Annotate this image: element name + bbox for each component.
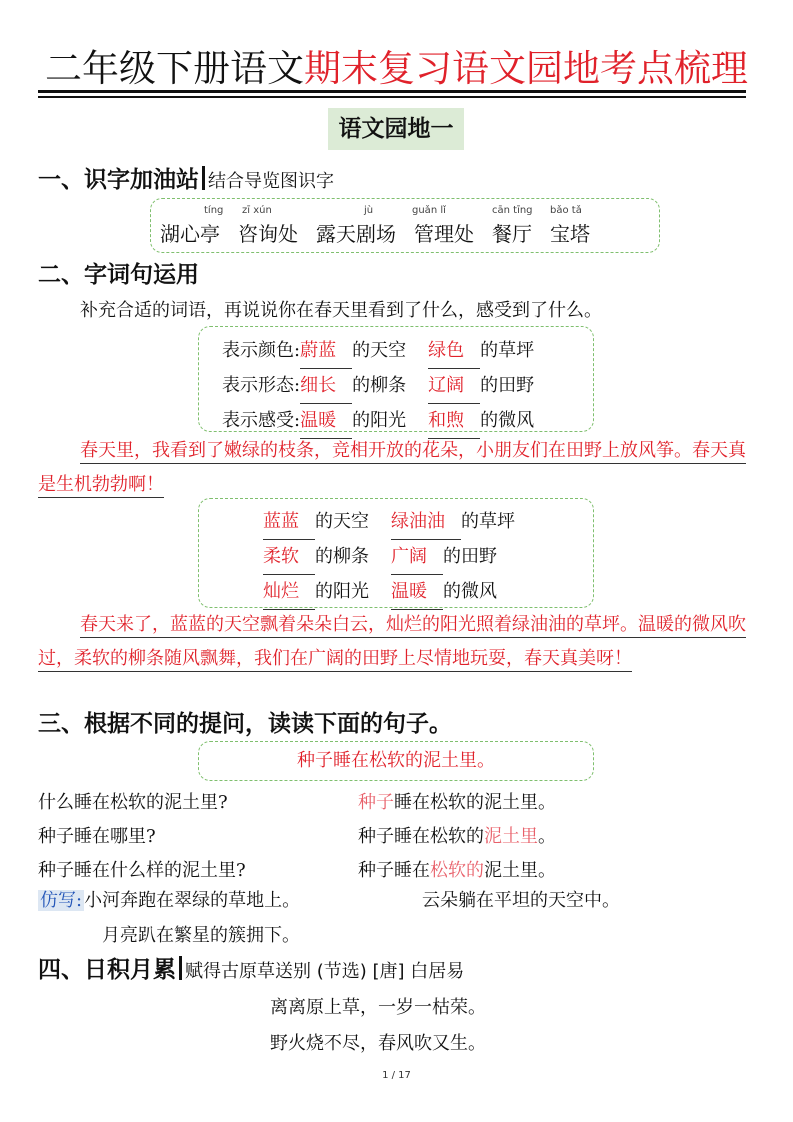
row-label: 表示颜色: — [222, 340, 300, 361]
word-text: 宝塔 — [550, 222, 590, 246]
word-text: 咨询处 — [238, 222, 298, 246]
paragraph2-text: 春天来了，蓝蓝的天空飘着朵朵白云，灿烂的阳光照着绿油油的草坪。温暖的微风吹过，柔… — [38, 614, 746, 672]
pinyin: zī xún — [242, 205, 272, 216]
section4-note: 赋得古原草送别 (节选) [唐] 白居易 — [185, 961, 464, 982]
answer-post: 。 — [538, 826, 556, 847]
fill-answer: 温暖 — [391, 575, 443, 610]
fangxie-line1: 仿写:小河奔跑在翠绿的草地上。 — [38, 888, 300, 914]
title-red-part: 期末复习语文园地考点梳理 — [304, 47, 748, 90]
answer-highlight: 松软的 — [430, 860, 484, 881]
document-title: 二年级下册语文期末复习语文园地考点梳理 — [40, 44, 753, 94]
noun-phrase: 的田野 — [443, 546, 497, 567]
section2-heading: 二、字词句运用 — [38, 259, 199, 291]
answer-pre: 种子睡在 — [358, 860, 430, 881]
box2-row: 灿烂的阳光温暖的微风 — [263, 575, 515, 610]
noun-phrase: 的阳光 — [352, 410, 406, 431]
poem: 离离原上草，一岁一枯荣。 野火烧不尽，春风吹又生。 — [270, 990, 486, 1062]
row-label: 表示感受: — [222, 410, 300, 431]
word-item: bǎo tǎ宝塔 — [550, 218, 590, 247]
word-text: 餐厅 — [492, 222, 532, 246]
noun-phrase: 的阳光 — [315, 581, 369, 602]
section2-instruction: 补充合适的词语，再说说你在春天里看到了什么，感受到了什么。 — [80, 298, 602, 324]
noun-phrase: 的田野 — [480, 375, 534, 396]
fill-answer: 柔软 — [263, 540, 315, 575]
row-label: 表示形态: — [222, 375, 300, 396]
section3-sentence: 种子睡在松软的泥土里。 — [198, 748, 594, 774]
fill-answer: 绿色 — [428, 334, 480, 369]
section4-title: 四、日积月累 — [38, 957, 176, 983]
pinyin: tíng — [204, 205, 223, 216]
fangxie-sentence-3: 月亮趴在繁星的簇拥下。 — [102, 923, 300, 949]
fill-answer: 细长 — [300, 369, 352, 404]
noun-phrase: 的天空 — [352, 340, 406, 361]
box2-row: 蓝蓝的天空绿油油的草坪 — [263, 505, 515, 540]
question: 种子睡在哪里? — [38, 820, 246, 854]
noun-phrase: 的天空 — [315, 511, 369, 532]
noun-phrase: 的柳条 — [352, 375, 406, 396]
answer: 种子睡在松软的泥土里。 — [358, 786, 556, 820]
noun-phrase: 的草坪 — [461, 511, 515, 532]
poem-line: 野火烧不尽，春风吹又生。 — [270, 1026, 486, 1062]
section1-word-list: tíng湖心亭zī xún咨询处jù露天剧场guǎn lǐ管理处cān tīng… — [160, 218, 608, 247]
fangxie-sentence: 小河奔跑在翠绿的草地上。 — [84, 890, 300, 911]
pinyin: bǎo tǎ — [550, 205, 582, 216]
word-item: jù露天剧场 — [316, 218, 396, 247]
section2-paragraph1: 春天里，我看到了嫩绿的枝条，竞相开放的花朵，小朋友们在田野上放风筝。春天真是生机… — [38, 434, 756, 502]
pinyin: jù — [364, 205, 373, 216]
section2-paragraph2: 春天来了，蓝蓝的天空飘着朵朵白云，灿烂的阳光照着绿油油的草坪。温暖的微风吹过，柔… — [38, 608, 756, 676]
section1-heading: 一、识字加油站结合导览图识字 — [38, 164, 334, 198]
noun-phrase: 的草坪 — [480, 340, 534, 361]
section1-title: 一、识字加油站 — [38, 167, 199, 193]
answer-pre: 种子睡在松软的 — [358, 826, 484, 847]
word-text: 管理处 — [414, 222, 474, 246]
section2-box1-rows: 表示颜色:蔚蓝的天空绿色的草坪 表示形态:细长的柳条辽阔的田野 表示感受:温暖的… — [222, 334, 534, 439]
heading-divider-bar — [179, 956, 182, 980]
word-text: 湖心亭 — [160, 222, 220, 246]
answer-highlight: 泥土里 — [484, 826, 538, 847]
box1-row: 表示形态:细长的柳条辽阔的田野 — [222, 369, 534, 404]
noun-phrase: 的微风 — [443, 581, 497, 602]
title-rule-thick — [38, 90, 746, 93]
fill-answer: 蔚蓝 — [300, 334, 352, 369]
fangxie-sentence-2: 云朵躺在平坦的天空中。 — [422, 888, 620, 914]
title-rule-thin — [38, 96, 746, 98]
fill-answer: 广阔 — [391, 540, 443, 575]
word-item: zī xún咨询处 — [238, 218, 298, 247]
box1-row: 表示颜色:蔚蓝的天空绿色的草坪 — [222, 334, 534, 369]
heading-divider-bar — [202, 166, 205, 190]
section4-heading: 四、日积月累赋得古原草送别 (节选) [唐] 白居易 — [38, 954, 464, 988]
noun-phrase: 的微风 — [480, 410, 534, 431]
section3-answers: 种子睡在松软的泥土里。 种子睡在松软的泥土里。 种子睡在松软的泥土里。 — [358, 786, 556, 888]
section3-questions: 什么睡在松软的泥土里? 种子睡在哪里? 种子睡在什么样的泥土里? — [38, 786, 246, 888]
fill-answer: 蓝蓝 — [263, 505, 315, 540]
poem-line: 离离原上草，一岁一枯荣。 — [270, 990, 486, 1026]
word-text: 露天剧场 — [316, 222, 396, 246]
box2-row: 柔软的柳条广阔的田野 — [263, 540, 515, 575]
question: 种子睡在什么样的泥土里? — [38, 854, 246, 888]
section3-heading: 三、根据不同的提问，读读下面的句子。 — [38, 708, 452, 740]
section1-note: 结合导览图识字 — [208, 171, 334, 192]
answer: 种子睡在松软的泥土里。 — [358, 854, 556, 888]
paragraph1-text: 春天里，我看到了嫩绿的枝条，竞相开放的花朵，小朋友们在田野上放风筝。春天真是生机… — [38, 440, 746, 498]
fill-answer: 绿油油 — [391, 505, 461, 540]
title-black-part: 二年级下册语文 — [45, 47, 304, 90]
section2-box2-rows: 蓝蓝的天空绿油油的草坪 柔软的柳条广阔的田野 灿烂的阳光温暖的微风 — [263, 505, 515, 610]
noun-phrase: 的柳条 — [315, 546, 369, 567]
page-number: 1 / 17 — [0, 1070, 793, 1081]
answer-post: 泥土里。 — [484, 860, 556, 881]
fangxie-label: 仿写: — [38, 890, 84, 911]
word-item: guǎn lǐ管理处 — [414, 218, 474, 247]
answer-highlight: 种子 — [358, 792, 394, 813]
answer: 种子睡在松软的泥土里。 — [358, 820, 556, 854]
unit-subtitle: 语文园地一 — [328, 108, 464, 150]
question: 什么睡在松软的泥土里? — [38, 786, 246, 820]
fill-answer: 灿烂 — [263, 575, 315, 610]
fill-answer: 辽阔 — [428, 369, 480, 404]
pinyin: cān tīng — [492, 205, 533, 216]
word-item: cān tīng餐厅 — [492, 218, 532, 247]
answer-post: 睡在松软的泥土里。 — [394, 792, 556, 813]
word-item: tíng湖心亭 — [160, 218, 220, 247]
pinyin: guǎn lǐ — [412, 205, 446, 216]
